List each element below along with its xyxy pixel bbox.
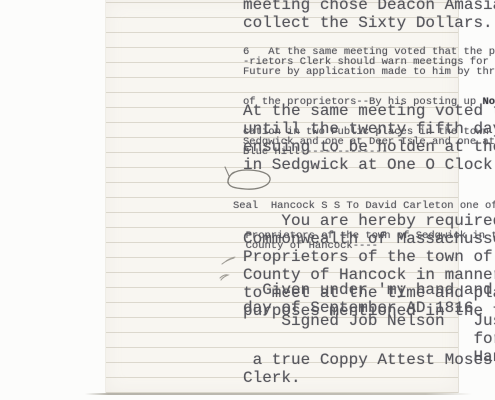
page-bottom-edge xyxy=(85,393,472,395)
paragraph-text-line: Seal Hancock S S To David Carleton one o… xyxy=(233,201,495,211)
paragraph-adjourn-meeting: At the same meeting voted to adjourn the… xyxy=(243,102,495,174)
document-page: meeting chose Deacon Amasiah Dodge Colle… xyxy=(105,0,459,393)
pencil-mark-icon xyxy=(212,252,246,288)
line-text: Hancock S S To David Carleton one of the xyxy=(258,200,495,212)
paragraph-attestation: a true Coppy Attest Moses Eaton Propriet… xyxy=(243,351,495,387)
scanned-document-canvas: meeting chose Deacon Amasiah Dodge Colle… xyxy=(0,0,495,400)
seal-label: Seal xyxy=(233,200,258,212)
paragraph-text: 6 At the same meeting voted that the pro… xyxy=(243,47,495,77)
